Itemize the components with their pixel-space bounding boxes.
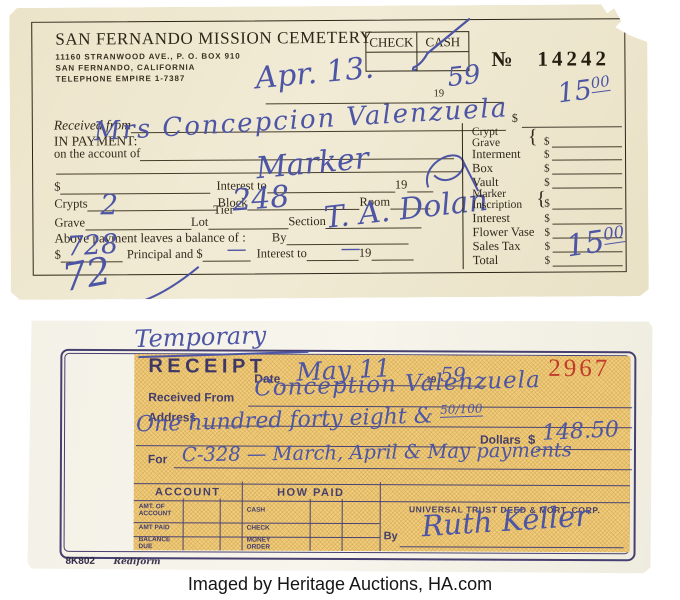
printed-19: 19: [395, 178, 408, 193]
fee-row-interment: Interment $: [472, 148, 622, 162]
receipt-number-value: 14242: [537, 46, 610, 71]
row-label-amt-of-account: AMT. OF ACCOUNT: [139, 504, 172, 517]
cemetery-receipt-paper: SAN FERNANDO MISSION CEMETERY 11160 STRA…: [9, 4, 649, 300]
receipt-serial-number: 2967: [548, 355, 610, 383]
printed-19: 19: [359, 246, 372, 261]
receipt-title: RECEIPT: [148, 355, 266, 379]
handwritten-lot: 248: [231, 182, 290, 216]
fee-line: [552, 206, 623, 209]
table-column-line: [183, 498, 186, 550]
crypts-label: Crypts: [54, 196, 87, 211]
handwritten-dash: —: [341, 238, 361, 258]
dollar-sign: $: [544, 136, 550, 148]
section-label: Section: [288, 214, 326, 229]
line: [371, 257, 413, 260]
image-caption: Imaged by Heritage Auctions, HA.com: [0, 574, 680, 595]
table-column-line: [220, 498, 223, 550]
table-column-line: [310, 499, 313, 551]
grave-label: Grave: [54, 215, 85, 230]
handwritten-temporary: Temporary: [134, 323, 266, 351]
received-from-label: Received From: [148, 390, 234, 404]
fee-row-crypt-grave: Crypt Grave { $: [472, 126, 622, 149]
fee-line: [552, 157, 623, 160]
account-of-label: on the account of: [54, 146, 141, 162]
scanned-receipts-image: SAN FERNANDO MISSION CEMETERY 11160 STRA…: [0, 0, 680, 600]
handwritten-for: C-328 — March, April & May payments: [182, 440, 572, 465]
dollar-sign: $: [544, 213, 550, 225]
organization-address-line2: SAN FERNANDO, CALIFORNIA: [55, 63, 195, 73]
fee-line: [552, 263, 623, 266]
interest-to-label: Interest to: [257, 246, 307, 261]
dollar-sign: $: [545, 241, 551, 253]
dollar-sign: $: [544, 227, 550, 239]
dollar-sign: $: [544, 198, 550, 210]
handwritten-dash: —: [227, 239, 247, 259]
table-column-line: [380, 482, 383, 551]
account-header: ACCOUNT: [134, 486, 242, 498]
amount-dollar-sign: $: [512, 111, 518, 126]
row-label-balance-due: BALANCE DUE: [139, 537, 171, 550]
principal-label: Principal and $: [127, 247, 203, 262]
by-label: By: [272, 230, 287, 245]
for-label: For: [148, 452, 167, 466]
row-label-check: CHECK: [247, 526, 270, 533]
handwritten-year: 59: [446, 62, 482, 92]
organization-name: SAN FERNANDO MISSION CEMETERY: [55, 28, 372, 50]
fee-row-marker-inscription: Marker Inscription { $: [472, 188, 622, 211]
by-label: By: [384, 530, 398, 542]
handwritten-grave: 2: [100, 191, 118, 219]
organization-address-line1: 11160 STRANWOOD AVE., P. O. BOX 910: [55, 52, 240, 62]
dollar-sign: $: [544, 163, 550, 175]
lot-label: Lot: [191, 215, 208, 230]
table-column-line: [342, 499, 345, 551]
temporary-receipt-paper: Temporary RECEIPT 2967 Date 19 May 11 59…: [27, 319, 652, 574]
dollar-sign: $: [544, 149, 550, 161]
form-number: 8K802: [65, 556, 95, 567]
brand-logo: Rediform: [113, 557, 160, 567]
row-label-money-order: MONEY ORDER: [247, 538, 271, 551]
row-label-amt-paid: AMT PAID: [139, 525, 170, 532]
fee-line: [551, 144, 622, 147]
organization-phone: TELEPHONE EMPIRE 1-7387: [56, 74, 186, 84]
dollar-sign: $: [545, 255, 551, 267]
receipt-number-label: №: [491, 47, 512, 72]
ink-tail-flourish: [103, 265, 203, 312]
how-paid-header: HOW PAID: [242, 487, 380, 500]
fee-line: [552, 171, 623, 174]
row-label-cash: CASH: [247, 508, 265, 515]
